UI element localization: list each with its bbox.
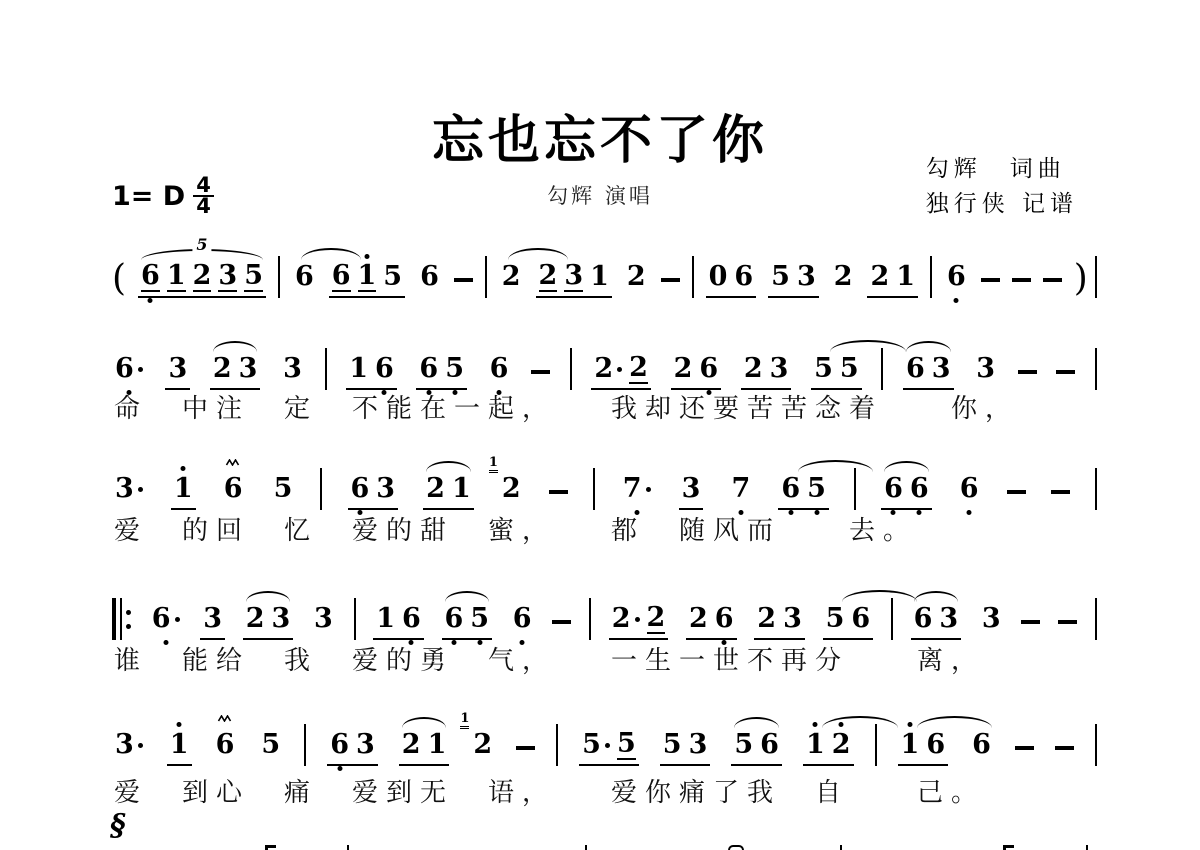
duration-dash <box>981 278 1000 282</box>
beam-group: 3 <box>311 604 336 640</box>
note-digit: 5 <box>470 604 489 634</box>
note: 6 <box>513 604 532 634</box>
barline <box>325 348 327 390</box>
note-group: 21 <box>867 262 918 298</box>
note: 2 <box>426 474 445 504</box>
note-digit: 3 <box>115 730 134 760</box>
note: 3 <box>770 354 789 384</box>
note-digit: 5 <box>274 474 293 504</box>
note-group: 6 <box>221 474 246 510</box>
beam-group: 53 <box>660 730 711 766</box>
note-digit: 3 <box>976 354 995 384</box>
barline <box>881 348 883 390</box>
duration-dash <box>1055 746 1074 750</box>
augmentation-dot <box>138 487 143 492</box>
beam-group: 5 <box>271 474 296 510</box>
beam-group: 231 <box>536 262 612 298</box>
repeat-dot <box>126 624 131 629</box>
close-paren: ) <box>1074 260 1088 298</box>
repeat-begin-barline <box>112 598 131 640</box>
note-digit: 6 <box>295 262 314 292</box>
augmentation-dot <box>175 617 180 622</box>
note: 3 <box>982 604 1001 634</box>
octave-dot-above <box>907 722 912 727</box>
note: 2 <box>594 354 622 384</box>
note-digit: 3 <box>218 262 237 292</box>
note-group: 53 <box>768 262 819 298</box>
note: 6 <box>972 730 991 760</box>
note-group: 1 <box>171 474 196 510</box>
note: 2 <box>832 730 851 760</box>
note-digit: 1 <box>376 604 395 634</box>
note: 6 <box>332 262 351 292</box>
augmentation-dot <box>646 487 651 492</box>
beam-group: 5 <box>258 730 283 766</box>
barline <box>1095 468 1097 510</box>
note: 2 <box>246 604 265 634</box>
note: 3 <box>682 474 701 504</box>
note-group: 615 <box>329 262 405 298</box>
note: 3 <box>939 604 958 634</box>
beam-group: 22 <box>609 604 669 640</box>
note-digit: 1 <box>358 262 377 292</box>
note-digit: 6 <box>445 604 464 634</box>
note-digit: 1 <box>896 262 915 292</box>
beam-group: 65 <box>442 604 493 640</box>
music-line: 316563211255535612166 <box>112 720 1097 766</box>
note-digit: 3 <box>239 354 258 384</box>
note-group: 3 <box>112 730 146 766</box>
beam-group: 3 <box>280 354 305 390</box>
note: 2 <box>539 262 558 292</box>
duration-dash <box>1018 370 1037 374</box>
note-digit: 5 <box>445 354 464 384</box>
grace-note: 1 <box>489 456 498 473</box>
octave-dot-below <box>954 298 959 303</box>
barline <box>589 598 591 640</box>
note-digit: 2 <box>647 604 666 634</box>
note: 5 <box>582 730 610 760</box>
note-digit: 6 <box>910 474 929 504</box>
beam-group: 6 <box>149 604 183 640</box>
note: 5 <box>814 354 833 384</box>
augmentation-dot <box>617 367 622 372</box>
note-digit: 5 <box>840 354 859 384</box>
note-group: 6 <box>149 604 183 640</box>
note-digit: 3 <box>770 354 789 384</box>
barline <box>1095 724 1097 766</box>
partial-corner-mark <box>1003 845 1014 850</box>
barline <box>930 256 932 298</box>
note: 2 <box>834 262 853 292</box>
tuplet-number: 5 <box>192 235 211 254</box>
note-group: 6 <box>969 730 994 766</box>
duration-dash <box>1058 620 1077 624</box>
octave-dot-above <box>181 466 186 471</box>
note: 6 <box>760 730 779 760</box>
note-digit: 6 <box>141 262 160 292</box>
note: 6 <box>884 474 903 504</box>
note-digit: 2 <box>193 262 212 292</box>
barline <box>354 598 356 640</box>
note-digit: 2 <box>674 354 693 384</box>
beam-group: 22 <box>591 354 651 390</box>
note-digit: 2 <box>594 354 613 384</box>
note-digit: 6 <box>760 730 779 760</box>
note-digit: 6 <box>972 730 991 760</box>
note-group: 3 <box>979 604 1004 640</box>
note: 1 <box>896 262 915 292</box>
note: 6 <box>216 730 235 760</box>
augmentation-dot <box>635 617 640 622</box>
note-digit: 5 <box>383 262 402 292</box>
note-digit: 6 <box>884 474 903 504</box>
duration-dash <box>661 278 680 282</box>
note-group: 6 <box>944 262 969 298</box>
note-group: 55 <box>811 354 862 390</box>
note-group: 06 <box>706 262 757 298</box>
note-digit: 3 <box>939 604 958 634</box>
note: 2 <box>629 354 648 384</box>
augmentation-dot <box>138 367 143 372</box>
note: 7 <box>732 474 751 504</box>
note-digit: 1 <box>452 474 471 504</box>
beam-group: 1 <box>167 730 192 766</box>
note: 5 <box>244 262 263 292</box>
lyric-line: 爱 到心 痛 爱到无 语， 爱你痛了我 自 己。 <box>114 772 985 809</box>
note: 2 <box>213 354 232 384</box>
beam-group: 56 <box>731 730 782 766</box>
note-digit: 6 <box>375 354 394 384</box>
note-group: 3 <box>280 354 305 390</box>
lyric-line: 爱 的回 忆 爱的甜 蜜， 都 随风而 去。 <box>114 510 917 547</box>
note-digit: 2 <box>213 354 232 384</box>
note-digit: 3 <box>376 474 395 504</box>
note: 5 <box>617 730 636 760</box>
duration-dash <box>1051 490 1070 494</box>
note: 5 <box>261 730 280 760</box>
note: 6 <box>910 474 929 504</box>
note: 5 <box>274 474 293 504</box>
note-digit: 1 <box>170 730 189 760</box>
note-digit: 2 <box>689 604 708 634</box>
note-digit: 3 <box>283 354 302 384</box>
note-digit: 5 <box>582 730 601 760</box>
duration-dash <box>1021 620 1040 624</box>
note: 6 <box>960 474 979 504</box>
note: 1 <box>349 354 368 384</box>
note: 6 <box>419 354 438 384</box>
note-group: 6 <box>112 354 146 390</box>
note-group: 3 <box>311 604 336 640</box>
mordent-icon <box>226 459 241 466</box>
note-digit: 7 <box>623 474 642 504</box>
note: 6 <box>420 262 439 292</box>
note-digit: 3 <box>982 604 1001 634</box>
beam-group: 26 <box>671 354 722 390</box>
note-digit: 2 <box>502 262 521 292</box>
beam-group: 6 <box>944 262 969 298</box>
note-digit: 6 <box>152 604 171 634</box>
barline <box>556 724 558 766</box>
note-group: 12 <box>470 730 495 766</box>
note: 6 <box>351 474 370 504</box>
barline <box>320 468 322 510</box>
beam-group: 21 <box>399 730 450 766</box>
note-digit: 3 <box>783 604 802 634</box>
note: 1 <box>174 474 193 504</box>
note-digit: 2 <box>539 262 558 292</box>
augmentation-dot <box>605 743 610 748</box>
partial-bar-mark <box>347 845 349 850</box>
note-digit: 2 <box>426 474 445 504</box>
note: 6 <box>402 604 421 634</box>
note-group: 63 <box>327 730 378 766</box>
note: 3 <box>168 354 187 384</box>
note: 6 <box>445 604 464 634</box>
beam-group: 23 <box>741 354 792 390</box>
barline <box>891 598 893 640</box>
note: 3 <box>203 604 222 634</box>
beam-group: 21 <box>867 262 918 298</box>
beam-group: 2 <box>831 262 856 298</box>
partial-arc-mark <box>728 845 744 850</box>
music-line: (561235661562231206532216) <box>112 252 1097 298</box>
beam-group: 6 <box>112 354 146 390</box>
note: 3 <box>239 354 258 384</box>
barline <box>875 724 877 766</box>
note-digit: 6 <box>513 604 532 634</box>
note-digit: 5 <box>663 730 682 760</box>
note-digit: 2 <box>832 730 851 760</box>
partial-bar-mark <box>585 845 587 850</box>
repeat-thick-line <box>112 598 116 640</box>
note-digit: 2 <box>834 262 853 292</box>
note: 6 <box>715 604 734 634</box>
beam-group: 3 <box>979 604 1004 640</box>
beam-group: 21 <box>423 474 474 510</box>
note-digit: 2 <box>402 730 421 760</box>
note-digit: 6 <box>906 354 925 384</box>
note: 12 <box>473 730 492 760</box>
note-digit: 5 <box>814 354 833 384</box>
note: 2 <box>689 604 708 634</box>
note-digit: 6 <box>947 262 966 292</box>
note-digit: 6 <box>115 354 134 384</box>
note-group: 66 <box>881 474 932 510</box>
beam-group: 7 <box>620 474 654 510</box>
note-group: 65 <box>778 474 829 510</box>
note-digit: 6 <box>419 354 438 384</box>
music-line: 632331665622262355633 <box>112 344 1097 390</box>
beam-group: 6 <box>957 474 982 510</box>
beam-group: 16 <box>346 354 397 390</box>
barline <box>304 724 306 766</box>
note: 2 <box>612 604 640 634</box>
note: 6 <box>295 262 314 292</box>
note: 3 <box>283 354 302 384</box>
duration-dash <box>549 490 568 494</box>
duration-dash <box>1015 746 1034 750</box>
note: 6 <box>851 604 870 634</box>
note-digit: 2 <box>744 354 763 384</box>
note: 7 <box>623 474 651 504</box>
note-digit: 6 <box>490 354 509 384</box>
note-digit: 5 <box>617 730 636 760</box>
duration-dash <box>1043 278 1062 282</box>
barline <box>278 256 280 298</box>
note: 3 <box>356 730 375 760</box>
note: 6 <box>734 262 753 292</box>
note-digit: 6 <box>224 474 243 504</box>
note-digit: 5 <box>826 604 845 634</box>
note: 2 <box>627 262 646 292</box>
note-group: 16 <box>898 730 949 766</box>
note-group: 6 <box>213 730 238 766</box>
beam-group: 63 <box>903 354 954 390</box>
note: 5 <box>663 730 682 760</box>
beam-group: 55 <box>579 730 639 766</box>
note-digit: 2 <box>502 474 521 504</box>
duration-dash <box>1056 370 1075 374</box>
note-group: 23 <box>754 604 805 640</box>
note: 2 <box>193 262 212 292</box>
note-group: 7 <box>729 474 754 510</box>
repeat-dot <box>126 610 131 615</box>
note: 3 <box>272 604 291 634</box>
note-group: 53 <box>660 730 711 766</box>
beam-group: 3 <box>200 604 225 640</box>
beam-group: 6 <box>292 262 317 298</box>
note-group: 21 <box>399 730 450 766</box>
note-group: 6 <box>957 474 982 510</box>
note-digit: 3 <box>564 262 583 292</box>
note-digit: 1 <box>901 730 920 760</box>
close-paren-barline: ) <box>1074 256 1097 298</box>
beam-group: 12 <box>470 730 495 766</box>
beam-group: 2 <box>624 262 649 298</box>
beam-group: 66 <box>881 474 932 510</box>
beam-group: 56 <box>823 604 874 640</box>
beam-group: 23 <box>210 354 261 390</box>
note-group: 2 <box>499 262 524 298</box>
note-group: 3 <box>200 604 225 640</box>
music-line: 632331665622262356633 <box>112 594 1097 640</box>
note-group: 6 <box>510 604 535 640</box>
note: 6 <box>152 604 180 634</box>
barline <box>593 468 595 510</box>
barline <box>570 348 572 390</box>
beam-group: 3 <box>112 730 146 766</box>
note-group: 65 <box>442 604 493 640</box>
repeat-thin-line <box>120 598 122 640</box>
beam-group: 7 <box>729 474 754 510</box>
note-group: 23 <box>210 354 261 390</box>
beam-group: 6 <box>969 730 994 766</box>
beam-group: 6 <box>487 354 512 390</box>
open-paren: ( <box>112 260 126 298</box>
note: 3 <box>976 354 995 384</box>
note-group: 22 <box>609 604 669 640</box>
note-group: 16 <box>346 354 397 390</box>
note-group: 6 <box>292 262 317 298</box>
note-digit: 6 <box>402 604 421 634</box>
note: 6 <box>781 474 800 504</box>
note: 3 <box>564 262 583 292</box>
note-digit: 3 <box>168 354 187 384</box>
note: 1 <box>428 730 447 760</box>
beam-group: 615 <box>329 262 405 298</box>
note-group: 16 <box>373 604 424 640</box>
note-digit: 5 <box>734 730 753 760</box>
note: 6 <box>490 354 509 384</box>
note-digit: 6 <box>332 262 351 292</box>
barline <box>854 468 856 510</box>
duration-dash <box>516 746 535 750</box>
octave-dot-below <box>337 766 342 771</box>
beam-group: 6 <box>510 604 535 640</box>
barline <box>1095 348 1097 390</box>
note-digit: 7 <box>732 474 751 504</box>
note: 5 <box>470 604 489 634</box>
note-group: 231 <box>536 262 612 298</box>
barline <box>692 256 694 298</box>
note-group: 7 <box>620 474 654 510</box>
octave-dot-above <box>177 722 182 727</box>
note-group: 21 <box>423 474 474 510</box>
note-digit: 2 <box>870 262 889 292</box>
lyric-line: 命 中注 定 不能在一起， 我却还要苦苦念着 你， <box>114 388 1019 425</box>
beam-group: 3 <box>165 354 190 390</box>
note-group: 56 <box>731 730 782 766</box>
note: 3 <box>783 604 802 634</box>
note-digit: 2 <box>612 604 631 634</box>
note-digit: 6 <box>330 730 349 760</box>
note: 3 <box>689 730 708 760</box>
note-digit: 6 <box>914 604 933 634</box>
credits: 勾辉 词曲 独行侠 记谱 <box>926 152 1078 222</box>
note: 6 <box>224 474 243 504</box>
note-group: 3 <box>165 354 190 390</box>
note: 2 <box>402 730 421 760</box>
note-digit: 0 <box>709 262 728 292</box>
note-digit: 6 <box>781 474 800 504</box>
note-digit: 2 <box>757 604 776 634</box>
note: 6 <box>914 604 933 634</box>
note-digit: 6 <box>926 730 945 760</box>
note-group: 56 <box>823 604 874 640</box>
note: 5 <box>826 604 845 634</box>
note-digit: 5 <box>807 474 826 504</box>
note-group: 12 <box>803 730 854 766</box>
note-digit: 3 <box>314 604 333 634</box>
note: 3 <box>218 262 237 292</box>
note-digit: 6 <box>420 262 439 292</box>
note: 1 <box>170 730 189 760</box>
note-group: 1 <box>167 730 192 766</box>
note: 1 <box>901 730 920 760</box>
note: 6 <box>141 262 160 292</box>
credit-transcriber: 独行侠 记谱 <box>926 187 1078 222</box>
partial-corner-mark <box>265 845 276 850</box>
octave-dot-below <box>967 510 972 515</box>
beam-group: 23 <box>754 604 805 640</box>
note-group: 5 <box>258 730 283 766</box>
note: 2 <box>870 262 889 292</box>
note-digit: 5 <box>771 262 790 292</box>
octave-dot-above <box>364 254 369 259</box>
note-group: 63 <box>903 354 954 390</box>
